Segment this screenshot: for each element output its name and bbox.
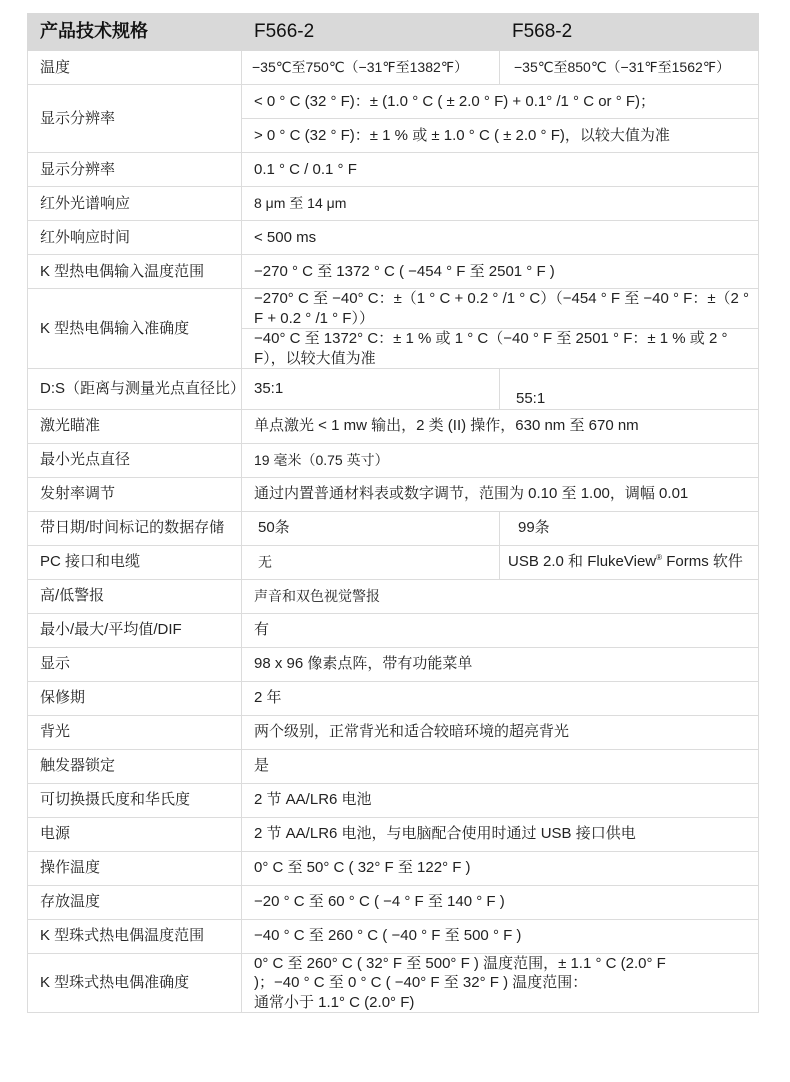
value: 8 μm 至 14 μm [242,187,759,221]
row-backlight: 背光 两个级别，正常背光和适合较暗环境的超亮背光 [28,715,759,749]
value: 有 [242,613,759,647]
row-k-input-range: K 型热电偶输入温度范围 −270 ° C 至 1372 ° C ( −454 … [28,255,759,289]
value-line-2: > 0 ° C (32 ° F)：± 1 % 或 ± 1.0 ° C ( ± 2… [242,119,759,153]
row-display-resolution-accuracy: 显示分辨率 < 0 ° C (32 ° F)：± (1.0 ° C ( ± 2.… [28,85,759,119]
value-f568: −35℃至850℃（−31℉至1562℉） [500,51,759,85]
value-line-1: 0° C 至 260° C ( 32° F 至 500° F ) 温度范围，± … [254,954,758,974]
row-label: PC 接口和电缆 [28,545,242,579]
row-label: K 型热电偶输入温度范围 [28,255,242,289]
value: −40 ° C 至 260 ° C ( −40 ° F 至 500 ° F ) [242,919,759,953]
row-warranty: 保修期 2 年 [28,681,759,715]
value: 2 节 AA/LR6 电池 [242,783,759,817]
row-label: 温度 [28,51,242,85]
spec-table: 产品技术规格 F566-2 F568-2 温度 −35℃至750℃（−31℉至1… [27,13,759,1013]
value: 通过内置普通材料表或数字调节，范围为 0.10 至 1.00，调幅 0.01 [242,477,759,511]
header-model-f568: F568-2 [500,14,759,51]
value: 0° C 至 260° C ( 32° F 至 500° F ) 温度范围，± … [242,953,759,1013]
row-k-input-accuracy: K 型热电偶输入准确度 −270° C 至 −40° C：±（1 ° C + 0… [28,289,759,329]
value-line-1: −270° C 至 −40° C：±（1 ° C + 0.2 ° /1 ° C）… [242,289,759,329]
row-label: 保修期 [28,681,242,715]
value-f568: 99条 [500,511,759,545]
row-label: 最小光点直径 [28,443,242,477]
row-min-spot-size: 最小光点直径 19 毫米（0.75 英寸） [28,443,759,477]
row-label: 触发器锁定 [28,749,242,783]
value-f568: 55:1 [500,369,759,410]
value: 0° C 至 50° C ( 32° F 至 122° F ) [242,851,759,885]
value-line-2: −40° C 至 1372° C：± 1 % 或 1 ° C（−40 ° F 至… [242,329,759,369]
row-label: 电源 [28,817,242,851]
value: 2 年 [242,681,759,715]
row-ir-response-time: 红外响应时间 < 500 ms [28,221,759,255]
value: < 500 ms [242,221,759,255]
row-ir-spectral-response: 红外光谱响应 8 μm 至 14 μm [28,187,759,221]
header-row: 产品技术规格 F566-2 F568-2 [28,14,759,51]
row-display-resolution: 显示分辨率 0.1 ° C / 0.1 ° F [28,153,759,187]
row-label: 发射率调节 [28,477,242,511]
row-temperature: 温度 −35℃至750℃（−31℉至1382℉） −35℃至850℃（−31℉至… [28,51,759,85]
row-label: 存放温度 [28,885,242,919]
value: 单点激光 < 1 mw 输出，2 类 (II) 操作，630 nm 至 670 … [242,409,759,443]
value-line-3: 通常小于 1.1° C (2.0° F) [254,993,758,1013]
value: 2 节 AA/LR6 电池，与电脑配合使用时通过 USB 接口供电 [242,817,759,851]
row-bead-range: K 型珠式热电偶温度范围 −40 ° C 至 260 ° C ( −40 ° F… [28,919,759,953]
row-label: 高/低警报 [28,579,242,613]
value: 声音和双色视觉警报 [242,579,759,613]
value: −20 ° C 至 60 ° C ( −4 ° F 至 140 ° F ) [242,885,759,919]
row-label: 红外响应时间 [28,221,242,255]
row-label: K 型珠式热电偶温度范围 [28,919,242,953]
value-f568-suffix: Forms 软件 [662,553,743,570]
value: −270 ° C 至 1372 ° C ( −454 ° F 至 2501 ° … [242,255,759,289]
row-data-storage: 带日期/时间标记的数据存储 50条 99条 [28,511,759,545]
row-pc-interface: PC 接口和电缆 无 USB 2.0 和 FlukeView® Forms 软件 [28,545,759,579]
value: 19 毫米（0.75 英寸） [242,443,759,477]
row-min-max-avg: 最小/最大/平均值/DIF 有 [28,613,759,647]
row-label: 可切换摄氏度和华氏度 [28,783,242,817]
value: 98 x 96 像素点阵，带有功能菜单 [242,647,759,681]
row-label: 显示 [28,647,242,681]
row-laser-sighting: 激光瞄准 单点激光 < 1 mw 输出，2 类 (II) 操作，630 nm 至… [28,409,759,443]
value: 两个级别，正常背光和适合较暗环境的超亮背光 [242,715,759,749]
row-label: 显示分辨率 [28,85,242,153]
value-f566: 无 [242,545,500,579]
value: 0.1 ° C / 0.1 ° F [242,153,759,187]
value-f566: 35:1 [242,369,500,410]
row-label: 激光瞄准 [28,409,242,443]
row-display: 显示 98 x 96 像素点阵，带有功能菜单 [28,647,759,681]
row-label: D:S（距离与测量光点直径比） [28,369,242,410]
row-label: K 型珠式热电偶准确度 [28,953,242,1013]
row-bead-accuracy: K 型珠式热电偶准确度 0° C 至 260° C ( 32° F 至 500°… [28,953,759,1013]
row-trigger-lock: 触发器锁定 是 [28,749,759,783]
row-label: 背光 [28,715,242,749]
value-f566: −35℃至750℃（−31℉至1382℉） [242,51,500,85]
header-model-f566: F566-2 [242,14,500,51]
row-label: 操作温度 [28,851,242,885]
row-label: 红外光谱响应 [28,187,242,221]
row-hi-lo-alarm: 高/低警报 声音和双色视觉警报 [28,579,759,613]
row-distance-to-spot: D:S（距离与测量光点直径比） 35:1 55:1 [28,369,759,410]
row-storage-temp: 存放温度 −20 ° C 至 60 ° C ( −4 ° F 至 140 ° F… [28,885,759,919]
header-spec-label: 产品技术规格 [28,14,242,51]
value-f566: 50条 [242,511,500,545]
row-power: 电源 2 节 AA/LR6 电池，与电脑配合使用时通过 USB 接口供电 [28,817,759,851]
value-line-1: < 0 ° C (32 ° F)：± (1.0 ° C ( ± 2.0 ° F)… [242,85,759,119]
row-label: 显示分辨率 [28,153,242,187]
row-label: 最小/最大/平均值/DIF [28,613,242,647]
row-emissivity: 发射率调节 通过内置普通材料表或数字调节，范围为 0.10 至 1.00，调幅 … [28,477,759,511]
value-f568-prefix: USB 2.0 和 FlukeView [508,553,656,570]
value: 是 [242,749,759,783]
value-line-2: )；−40 ° C 至 0 ° C ( −40° F 至 32° F ) 温度范… [254,973,758,993]
row-operating-temp: 操作温度 0° C 至 50° C ( 32° F 至 122° F ) [28,851,759,885]
row-switchable-units: 可切换摄氏度和华氏度 2 节 AA/LR6 电池 [28,783,759,817]
row-label: K 型热电偶输入准确度 [28,289,242,369]
row-label: 带日期/时间标记的数据存储 [28,511,242,545]
value-f568: USB 2.0 和 FlukeView® Forms 软件 [500,545,759,579]
